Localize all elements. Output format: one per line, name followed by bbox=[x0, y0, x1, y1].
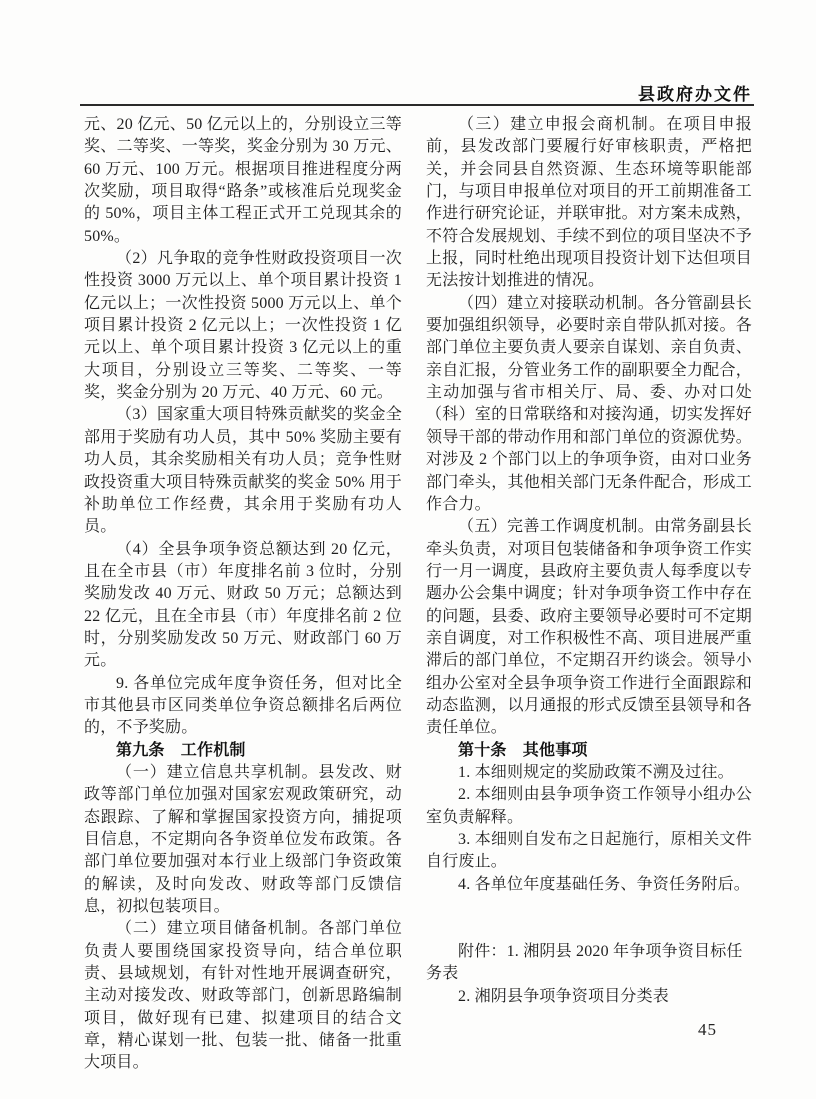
paragraph-other-4: 4. 各单位年度基础任务、争资任务附后。 bbox=[426, 874, 752, 896]
paragraph-mechanism-2: （二）建立项目储备机制。各部门单位负责人要围绕国家投资导向，结合单位职责、县域规… bbox=[84, 918, 402, 1074]
page-header-title: 县政府办文件 bbox=[80, 80, 752, 105]
paragraph-mechanism-5: （五）完善工作调度机制。由常务副县长牵头负责，对项目包装储备和争项争资工作实行一… bbox=[426, 516, 752, 739]
left-column: 元、20 亿元、50 亿元以上的，分别设立三等奖、二等奖、一等奖，奖金分别为 3… bbox=[84, 114, 402, 1075]
section-heading-article-10: 第十条 其他事项 bbox=[426, 740, 752, 762]
paragraph-mechanism-1: （一）建立信息共享机制。县发改、财政等部门单位加强对国家宏观政策研究，动态跟踪、… bbox=[84, 762, 402, 918]
paragraph-other-1: 1. 本细则规定的奖励政策不溯及过往。 bbox=[426, 762, 752, 784]
page-number: 45 bbox=[698, 1020, 717, 1040]
attachment-line-1: 附件：1. 湘阴县 2020 年争项争资目标任务表 bbox=[426, 941, 752, 986]
paragraph-other-2: 2. 本细则由县争项争资工作领导小组办公室负责解释。 bbox=[426, 784, 752, 829]
paragraph-continuation: 元、20 亿元、50 亿元以上的，分别设立三等奖、二等奖、一等奖，奖金分别为 3… bbox=[84, 114, 402, 248]
document-body: 元、20 亿元、50 亿元以上的，分别设立三等奖、二等奖、一等奖，奖金分别为 3… bbox=[84, 114, 752, 1075]
paragraph-mechanism-3: （三）建立申报会商机制。在项目申报前，县发改部门要履行好审核职责，严格把关，并会… bbox=[426, 114, 752, 293]
paragraph-item-4: （4）全县争项争资总额达到 20 亿元，且在全市县（市）年度排名前 3 位时，分… bbox=[84, 539, 402, 673]
document-page: 县政府办文件 元、20 亿元、50 亿元以上的，分别设立三等奖、二等奖、一等奖，… bbox=[0, 0, 816, 1099]
paragraph-other-3: 3. 本细则自发布之日起施行，原相关文件自行废止。 bbox=[426, 829, 752, 874]
section-heading-article-9: 第九条 工作机制 bbox=[84, 740, 402, 762]
attachments-block: 附件：1. 湘阴县 2020 年争项争资目标任务表 2. 湘阴县争项争资项目分类… bbox=[426, 941, 752, 1008]
right-column: （三）建立申报会商机制。在项目申报前，县发改部门要履行好审核职责，严格把关，并会… bbox=[426, 114, 752, 1075]
paragraph-mechanism-4: （四）建立对接联动机制。各分管副县长要加强组织领导，必要时亲自带队抓对接。各部门… bbox=[426, 293, 752, 516]
paragraph-item-9: 9. 各单位完成年度争资任务，但对比全市其他县市区同类单位争资总额排名后两位的，… bbox=[84, 673, 402, 740]
paragraph-item-2: （2）凡争取的竞争性财政投资项目一次性投资 3000 万元以上、单个项目累计投资… bbox=[84, 248, 402, 404]
paragraph-item-3: （3）国家重大项目特殊贡献奖的奖金全部用于奖励有功人员，其中 50% 奖励主要有… bbox=[84, 404, 402, 538]
attachment-line-2: 2. 湘阴县争项争资项目分类表 bbox=[426, 986, 752, 1008]
header-rule bbox=[80, 104, 754, 106]
